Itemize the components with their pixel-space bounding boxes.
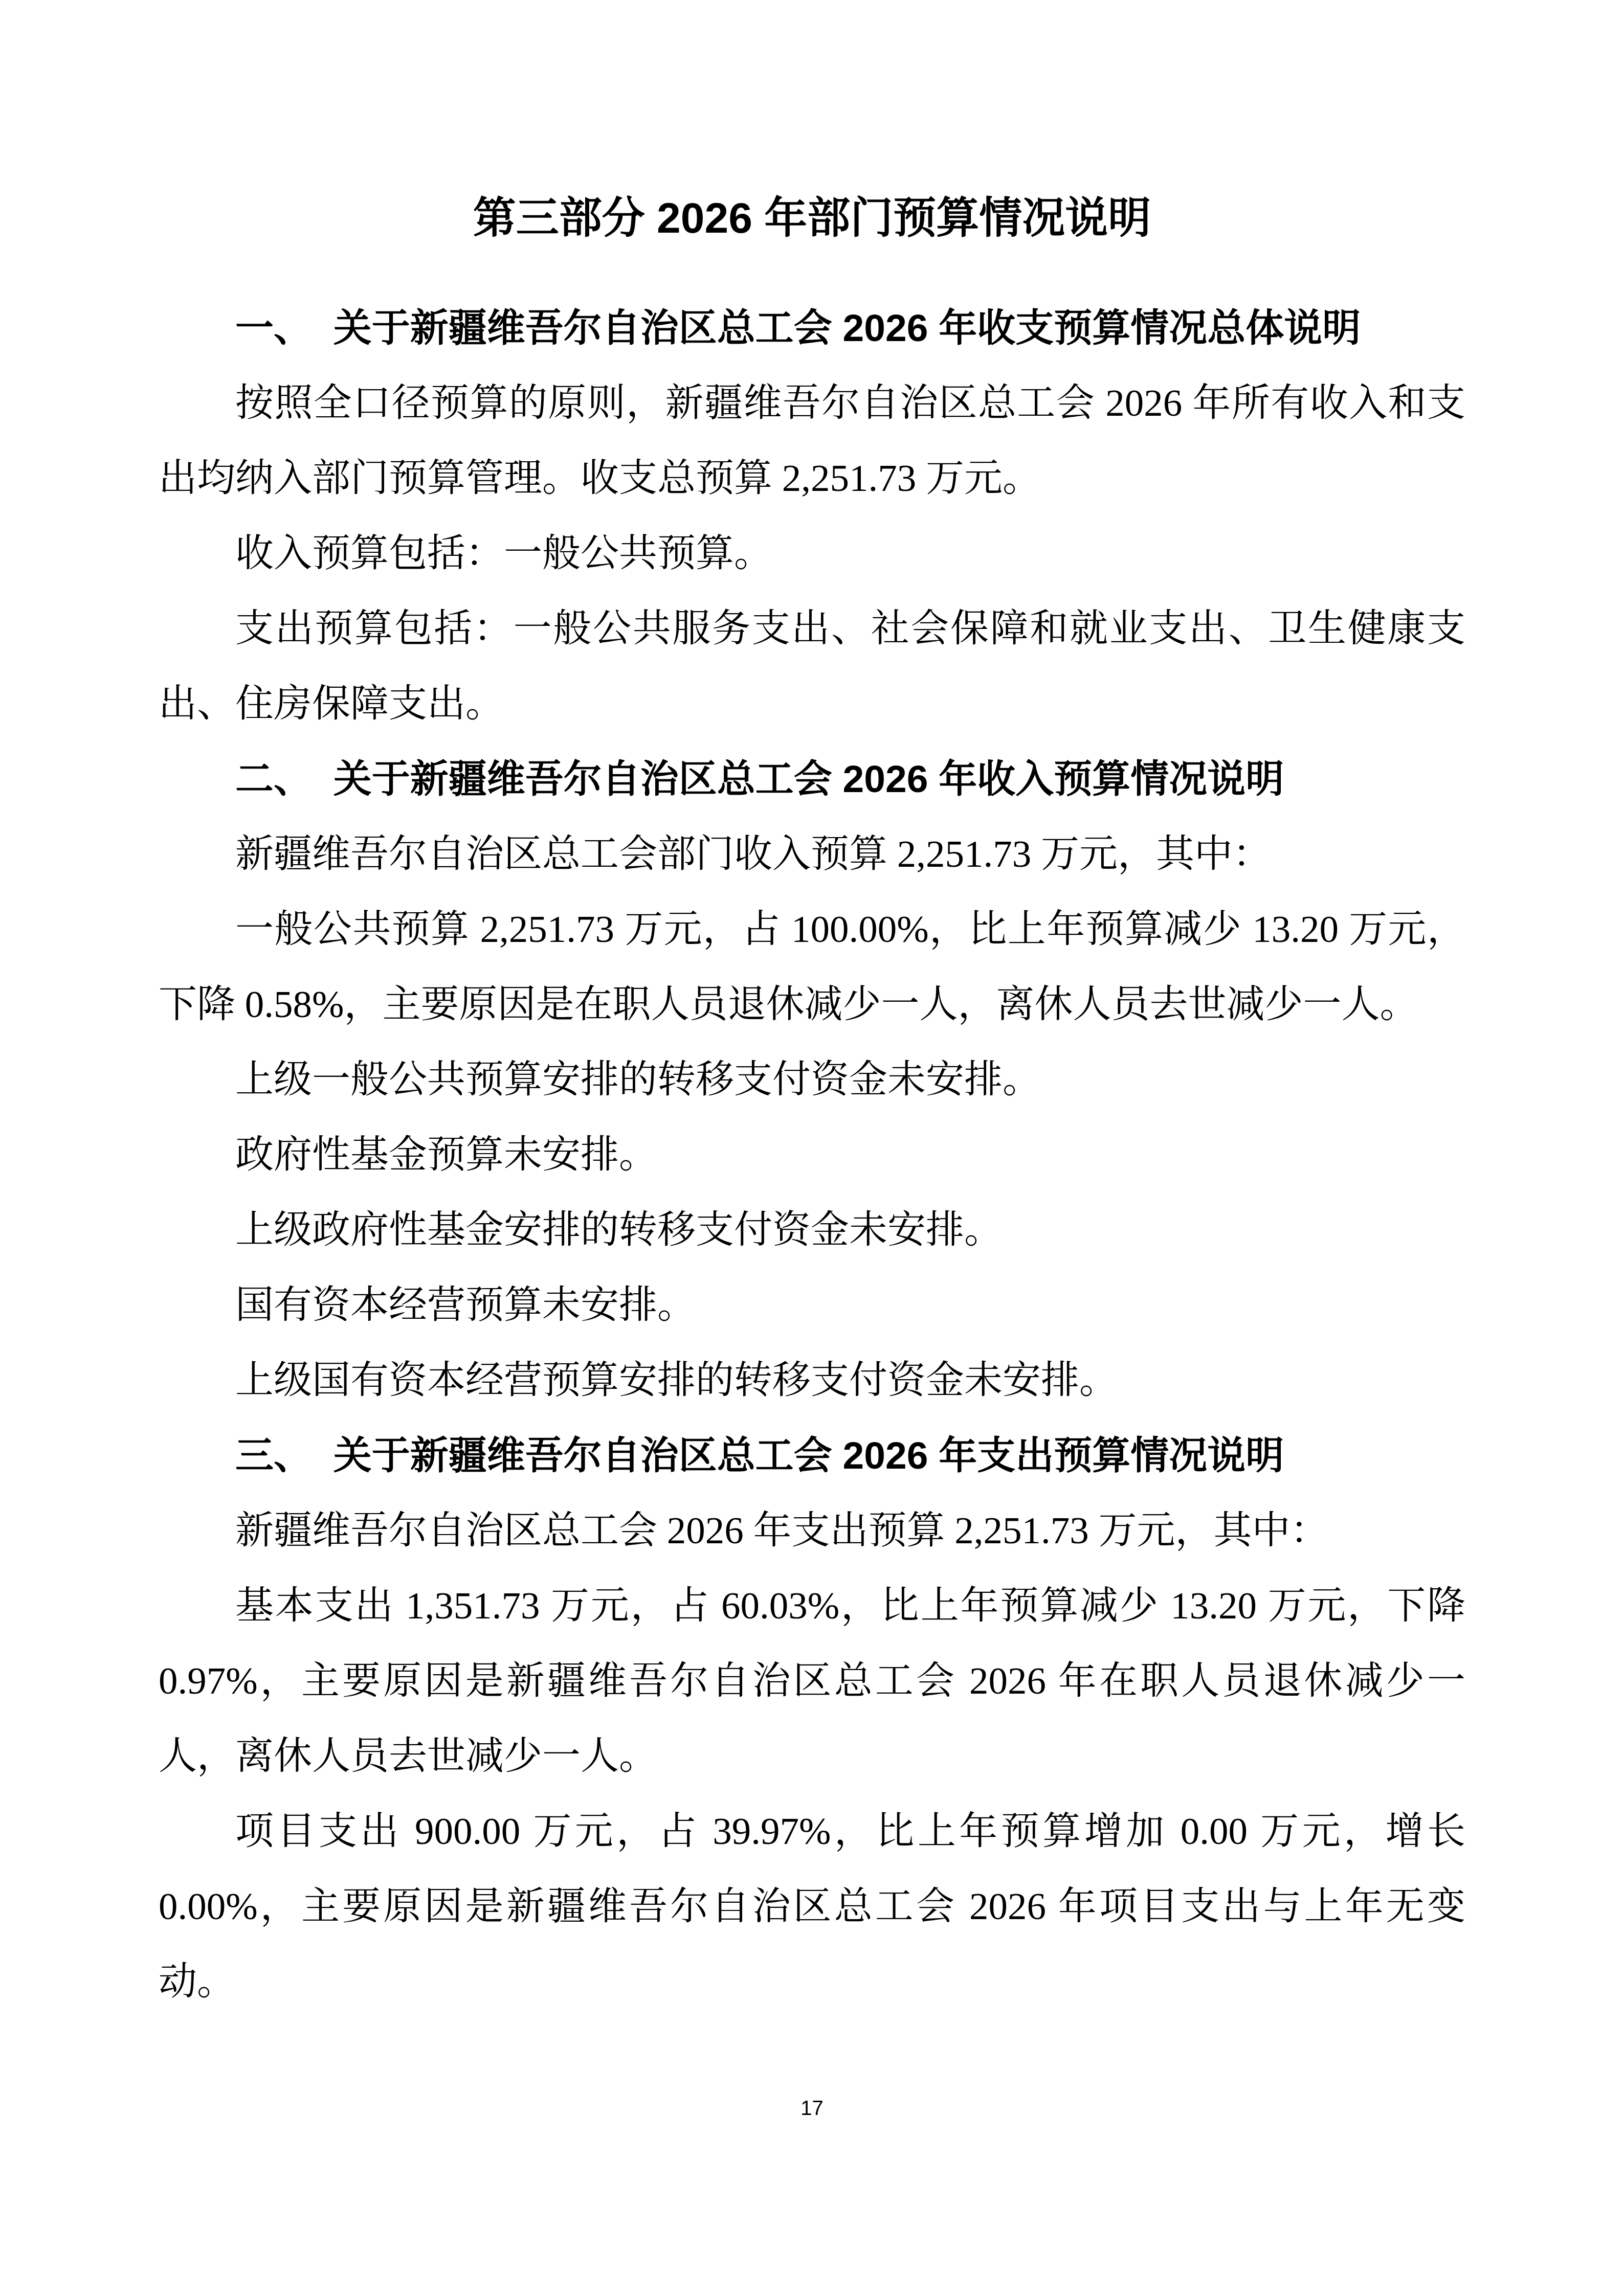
paragraph: 政府性基金预算未安排。 bbox=[159, 1117, 1465, 1192]
paragraph: 上级一般公共预算安排的转移支付资金未安排。 bbox=[159, 1042, 1465, 1117]
paragraph: 支出预算包括：一般公共服务支出、社会保障和就业支出、卫生健康支出、住房保障支出。 bbox=[159, 591, 1465, 741]
paragraph: 收入预算包括：一般公共预算。 bbox=[159, 516, 1465, 591]
paragraph: 上级政府性基金安排的转移支付资金未安排。 bbox=[159, 1192, 1465, 1268]
document-page: 第三部分 2026 年部门预算情况说明 一、 关于新疆维吾尔自治区总工会 202… bbox=[0, 0, 1624, 2296]
paragraph: 新疆维吾尔自治区总工会 2026 年支出预算 2,251.73 万元，其中： bbox=[159, 1493, 1465, 1568]
paragraph: 按照全口径预算的原则，新疆维吾尔自治区总工会 2026 年所有收入和支出均纳入部… bbox=[159, 366, 1465, 516]
section-revenue-budget: 二、 关于新疆维吾尔自治区总工会 2026 年收入预算情况说明 新疆维吾尔自治区… bbox=[159, 741, 1465, 1418]
page-title: 第三部分 2026 年部门预算情况说明 bbox=[159, 181, 1465, 256]
paragraph: 新疆维吾尔自治区总工会部门收入预算 2,251.73 万元，其中： bbox=[159, 817, 1465, 892]
section-expenditure-budget: 三、 关于新疆维吾尔自治区总工会 2026 年支出预算情况说明 新疆维吾尔自治区… bbox=[159, 1418, 1465, 2019]
document-content: 第三部分 2026 年部门预算情况说明 一、 关于新疆维吾尔自治区总工会 202… bbox=[0, 0, 1624, 2019]
page-number: 17 bbox=[0, 2096, 1624, 2121]
paragraph: 一般公共预算 2,251.73 万元，占 100.00%，比上年预算减少 13.… bbox=[159, 892, 1465, 1042]
section-heading-revenue: 二、 关于新疆维吾尔自治区总工会 2026 年收入预算情况说明 bbox=[159, 741, 1465, 817]
paragraph: 基本支出 1,351.73 万元，占 60.03%，比上年预算减少 13.20 … bbox=[159, 1568, 1465, 1794]
paragraph: 项目支出 900.00 万元，占 39.97%，比上年预算增加 0.00 万元，… bbox=[159, 1794, 1465, 2019]
section-overall-budget: 一、 关于新疆维吾尔自治区总工会 2026 年收支预算情况总体说明 按照全口径预… bbox=[159, 290, 1465, 741]
paragraph: 上级国有资本经营预算安排的转移支付资金未安排。 bbox=[159, 1343, 1465, 1418]
section-heading-expenditure: 三、 关于新疆维吾尔自治区总工会 2026 年支出预算情况说明 bbox=[159, 1418, 1465, 1493]
paragraph: 国有资本经营预算未安排。 bbox=[159, 1268, 1465, 1343]
section-heading-overall: 一、 关于新疆维吾尔自治区总工会 2026 年收支预算情况总体说明 bbox=[159, 290, 1465, 366]
